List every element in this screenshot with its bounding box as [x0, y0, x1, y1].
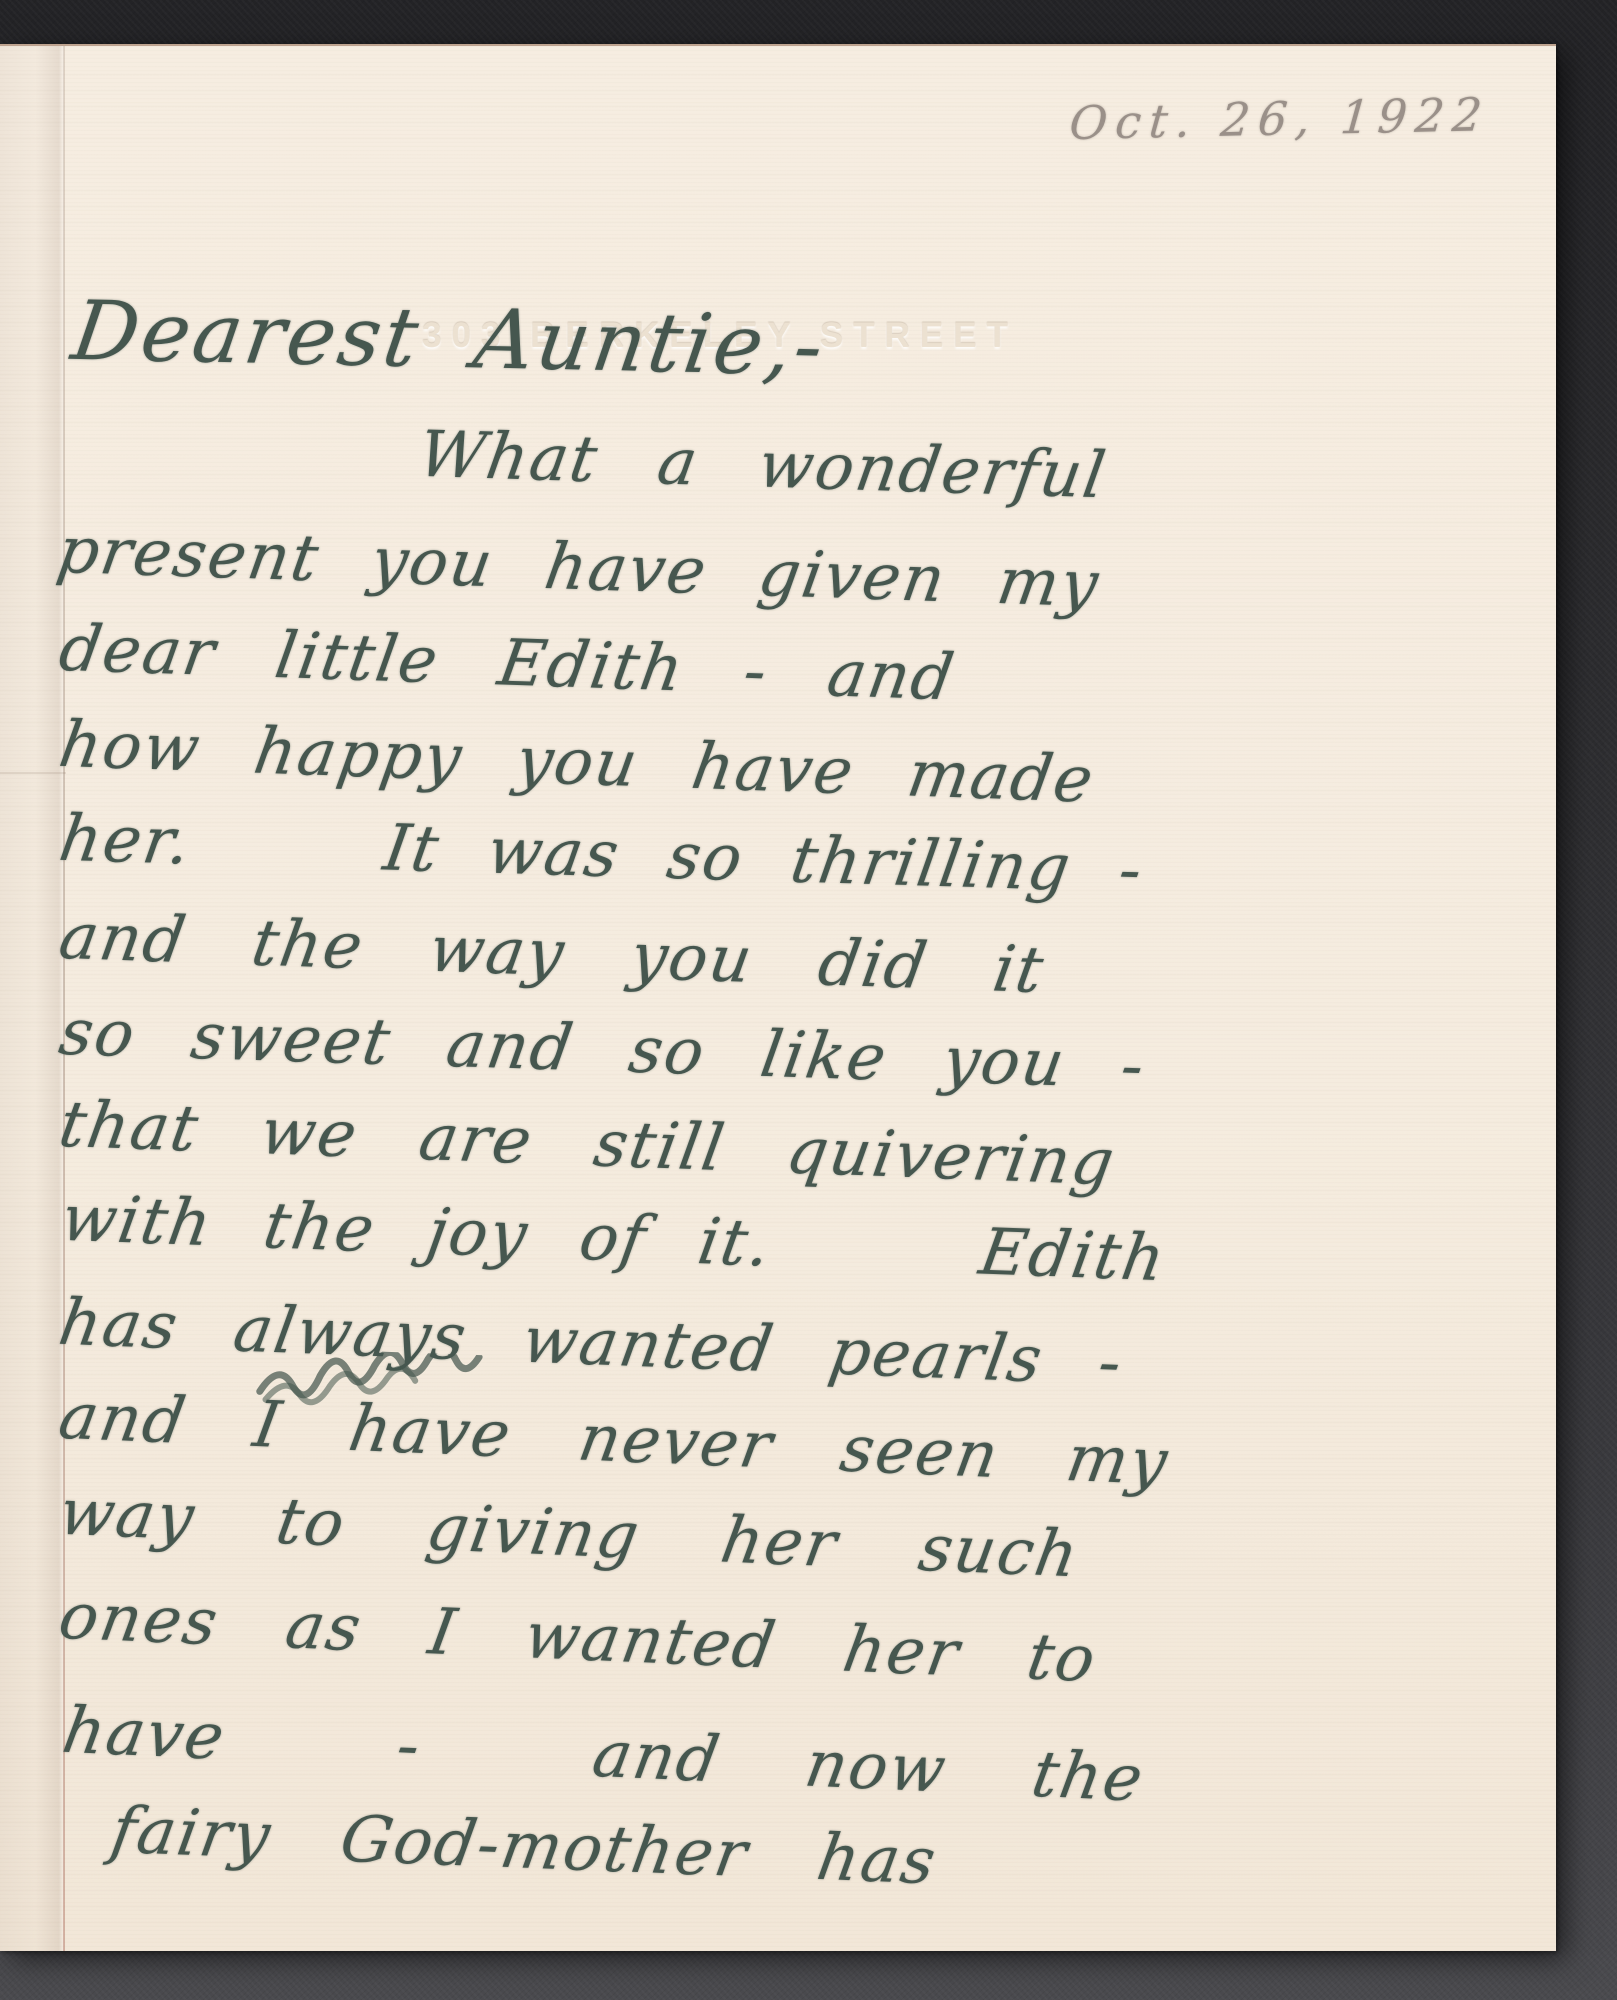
letter-line-12: way to giving her such	[54, 1476, 1085, 1592]
letter-line-9: with the joy of it. Edith	[56, 1182, 1171, 1296]
letter-page: Oct. 26, 1922 303 BERKELEY STREET Deares…	[0, 44, 1556, 1951]
letter-line-6: and the way you did it	[54, 900, 1050, 1008]
letter-line-15: fairy God-mother has	[106, 1794, 942, 1899]
letter-line-13: ones as I wanted her to	[54, 1580, 1102, 1697]
letter-line-1: What a wonderful	[414, 418, 1112, 513]
ink-scribble-correction	[251, 1347, 533, 1427]
salutation: Dearest Auntie,-	[66, 284, 832, 394]
letter-line-7: so sweet and so like you -	[55, 996, 1151, 1104]
letter-line-3: dear little Edith - and	[54, 612, 960, 715]
photo-background: Oct. 26, 1922 303 BERKELEY STREET Deares…	[0, 0, 1617, 2000]
fold-shading	[0, 46, 64, 1951]
letter-line-2: present you have given my	[52, 514, 1104, 622]
letter-line-5: her. It was so thrilling -	[55, 802, 1149, 908]
letter-line-4: how happy you have made	[54, 708, 1099, 818]
letter-date: Oct. 26, 1922	[1067, 87, 1492, 150]
letter-line-8: that we are still quivering	[54, 1088, 1120, 1200]
letter-line-10: has always wanted pearls -	[54, 1286, 1129, 1400]
